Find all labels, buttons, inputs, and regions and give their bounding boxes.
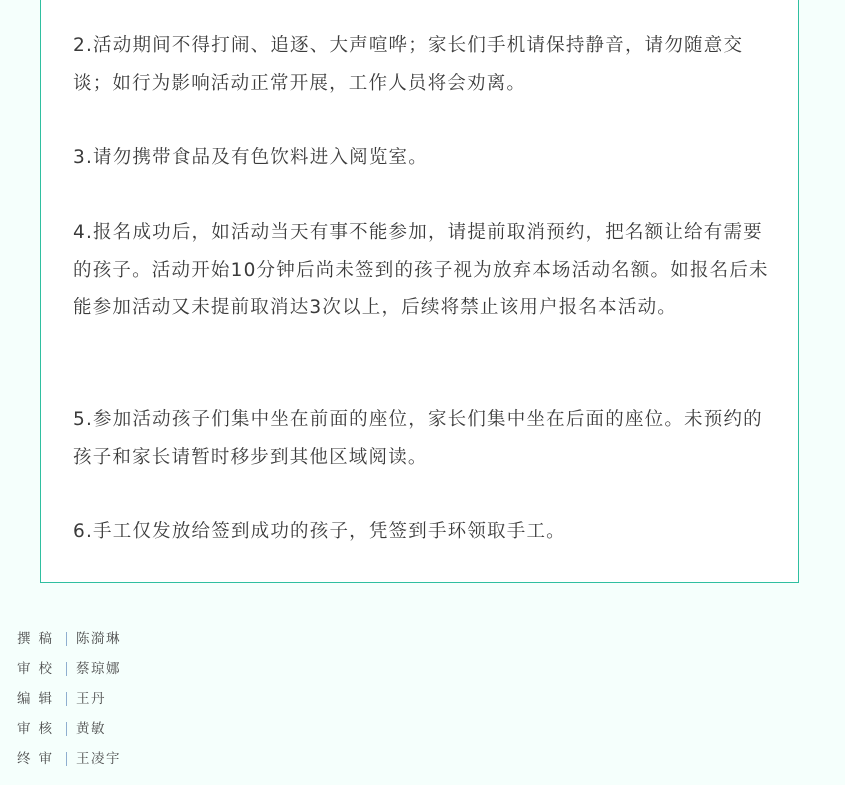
credit-name: 王丹	[76, 686, 106, 712]
credit-role: 终审	[17, 746, 62, 772]
rule-6: 6.手工仅发放给签到成功的孩子，凭签到手环领取手工。	[73, 513, 773, 551]
credit-name: 陈漪琳	[76, 626, 121, 652]
credit-row: 撰稿陈漪琳	[17, 624, 121, 654]
rule-3: 3.请勿携带食品及有色饮料进入阅览室。	[73, 139, 773, 177]
credits: 撰稿陈漪琳 审校蔡琼娜 编辑王丹 审核黄敏 终审王凌宇	[17, 624, 121, 774]
divider	[66, 722, 67, 736]
credit-role: 审校	[17, 656, 62, 682]
divider	[66, 632, 67, 646]
rule-5: 5.参加活动孩子们集中坐在前面的座位，家长们集中坐在后面的座位。未预约的孩子和家…	[73, 401, 773, 476]
divider	[66, 692, 67, 706]
credit-role: 撰稿	[17, 626, 62, 652]
credit-role: 审核	[17, 716, 62, 742]
credit-name: 黄敏	[76, 716, 106, 742]
credit-name: 王凌宇	[76, 746, 121, 772]
credit-row: 审核黄敏	[17, 714, 121, 744]
divider	[66, 752, 67, 766]
credit-row: 编辑王丹	[17, 684, 121, 714]
notice-box: 2.活动期间不得打闹、追逐、大声喧哗；家长们手机请保持静音，请勿随意交谈；如行为…	[40, 0, 799, 583]
credit-row: 审校蔡琼娜	[17, 654, 121, 684]
divider	[66, 662, 67, 676]
credit-row: 终审王凌宇	[17, 744, 121, 774]
credit-name: 蔡琼娜	[76, 656, 121, 682]
credit-role: 编辑	[17, 686, 62, 712]
rule-4: 4.报名成功后，如活动当天有事不能参加，请提前取消预约，把名额让给有需要的孩子。…	[73, 214, 773, 327]
rule-2: 2.活动期间不得打闹、追逐、大声喧哗；家长们手机请保持静音，请勿随意交谈；如行为…	[73, 27, 773, 102]
